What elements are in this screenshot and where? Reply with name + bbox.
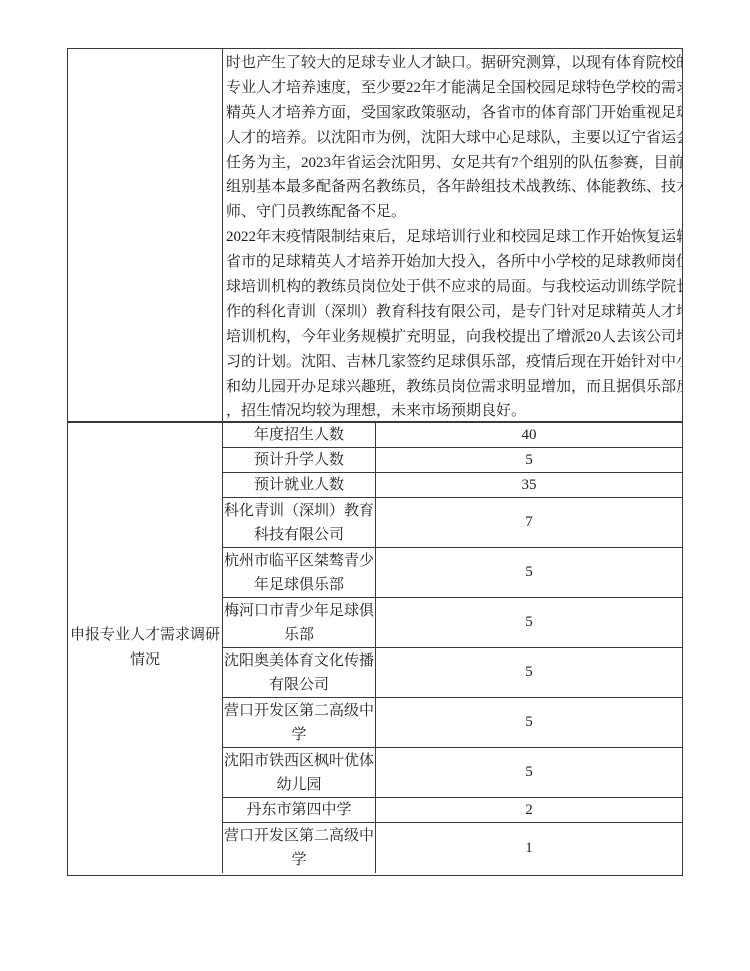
narrative-line: 师、守门员教练配备不足。 <box>226 200 681 225</box>
value-cell: 35 <box>376 473 682 497</box>
narrative-line: 培训机构，今年业务规模扩充明显，向我校提出了增派20人去该公司培训实 <box>226 325 681 350</box>
narrative-line: 时也产生了较大的足球专业人才缺口。据研究测算，以现有体育院校的足球 <box>226 51 681 76</box>
value-cell: 5 <box>376 748 682 797</box>
narrative-section-label-cell <box>68 49 223 421</box>
item-cell: 预计就业人数 <box>223 473 376 497</box>
item-cell: 科化青训（深圳）教育 科技有限公司 <box>223 498 376 547</box>
narrative-line: 作的科化青训（深圳）教育科技有限公司，是专门针对足球精英人才培养的 <box>226 300 681 325</box>
value-cell: 2 <box>376 798 682 822</box>
narrative-line: 任务为主，2023年省运会沈阳男、女足共有7个组别的队伍参赛，目前每个 <box>226 151 681 176</box>
table-row: 年度招生人数 40 <box>223 423 682 448</box>
item-cell: 沈阳奥美体育文化传播 有限公司 <box>223 648 376 697</box>
table-row: 营口开发区第二高级中 学 5 <box>223 698 682 748</box>
narrative-line: 组别基本最多配备两名教练员，各年龄组技术战教练、体能教练、技术分析 <box>226 175 681 200</box>
table-row: 科化青训（深圳）教育 科技有限公司 7 <box>223 498 682 548</box>
table-row: 营口开发区第二高级中 学 1 <box>223 823 682 873</box>
narrative-line: 2022年末疫情限制结束后，足球培训行业和校园足球工作开始恢复运转，各 <box>226 225 681 250</box>
item-cell: 梅河口市青少年足球俱 乐部 <box>223 598 376 647</box>
report-table: 时也产生了较大的足球专业人才缺口。据研究测算，以现有体育院校的足球 专业人才培养… <box>67 48 683 876</box>
narrative-line: 习的计划。沈阳、吉林几家签约足球俱乐部，疫情后现在开始针对中小学校 <box>226 350 681 375</box>
value-cell: 5 <box>376 598 682 647</box>
narrative-line: 专业人才培养速度，至少要22年才能满足全国校园足球特色学校的需求。 <box>226 76 681 101</box>
narrative-text-cell: 时也产生了较大的足球专业人才缺口。据研究测算，以现有体育院校的足球 专业人才培养… <box>223 49 682 421</box>
narrative-line: 省市的足球精英人才培养开始加大投入，各所中小学校的足球教师岗位、足 <box>226 250 681 275</box>
table-row: 丹东市第四中学 2 <box>223 798 682 823</box>
demand-table: 年度招生人数 40 预计升学人数 5 预计就业人数 35 科化青训（深圳）教育 … <box>223 423 682 873</box>
item-cell: 营口开发区第二高级中 学 <box>223 823 376 873</box>
table-row: 杭州市临平区桀骜青少 年足球俱乐部 5 <box>223 548 682 598</box>
item-cell: 预计升学人数 <box>223 448 376 472</box>
narrative-section: 时也产生了较大的足球专业人才缺口。据研究测算，以现有体育院校的足球 专业人才培养… <box>68 49 682 423</box>
value-cell: 5 <box>376 698 682 747</box>
narrative-line: 球培训机构的教练员岗位处于供不应求的局面。与我校运动训练学院长期合 <box>226 275 681 300</box>
item-cell: 营口开发区第二高级中 学 <box>223 698 376 747</box>
item-cell: 丹东市第四中学 <box>223 798 376 822</box>
value-cell: 5 <box>376 548 682 597</box>
value-cell: 7 <box>376 498 682 547</box>
table-row: 梅河口市青少年足球俱 乐部 5 <box>223 598 682 648</box>
table-row: 预计就业人数 35 <box>223 473 682 498</box>
table-row: 沈阳奥美体育文化传播 有限公司 5 <box>223 648 682 698</box>
value-cell: 1 <box>376 823 682 873</box>
value-cell: 5 <box>376 648 682 697</box>
item-cell: 年度招生人数 <box>223 423 376 447</box>
document-page: { "colors": { "page_background": "#fffff… <box>0 0 750 971</box>
item-cell: 杭州市临平区桀骜青少 年足球俱乐部 <box>223 548 376 597</box>
table-row: 沈阳市铁西区枫叶优体 幼儿园 5 <box>223 748 682 798</box>
demand-section-label-cell: 申报专业人才需求调研 情况 <box>68 423 223 873</box>
narrative-line: 和幼儿园开办足球兴趣班，教练员岗位需求明显增加，而且据俱乐部反馈 <box>226 375 681 400</box>
value-cell: 40 <box>376 423 682 447</box>
demand-section: 申报专业人才需求调研 情况 年度招生人数 40 预计升学人数 5 预计就业人数 … <box>68 423 682 873</box>
narrative-line: 精英人才培养方面，受国家政策驱动，各省市的体育部门开始重视足球精英 <box>226 101 681 126</box>
narrative-line: ，招生情况均较为理想，未来市场预期良好。 <box>226 399 681 421</box>
narrative-line: 人才的培养。以沈阳市为例，沈阳大球中心足球队，主要以辽宁省运会比赛 <box>226 126 681 151</box>
value-cell: 5 <box>376 448 682 472</box>
table-row: 预计升学人数 5 <box>223 448 682 473</box>
item-cell: 沈阳市铁西区枫叶优体 幼儿园 <box>223 748 376 797</box>
